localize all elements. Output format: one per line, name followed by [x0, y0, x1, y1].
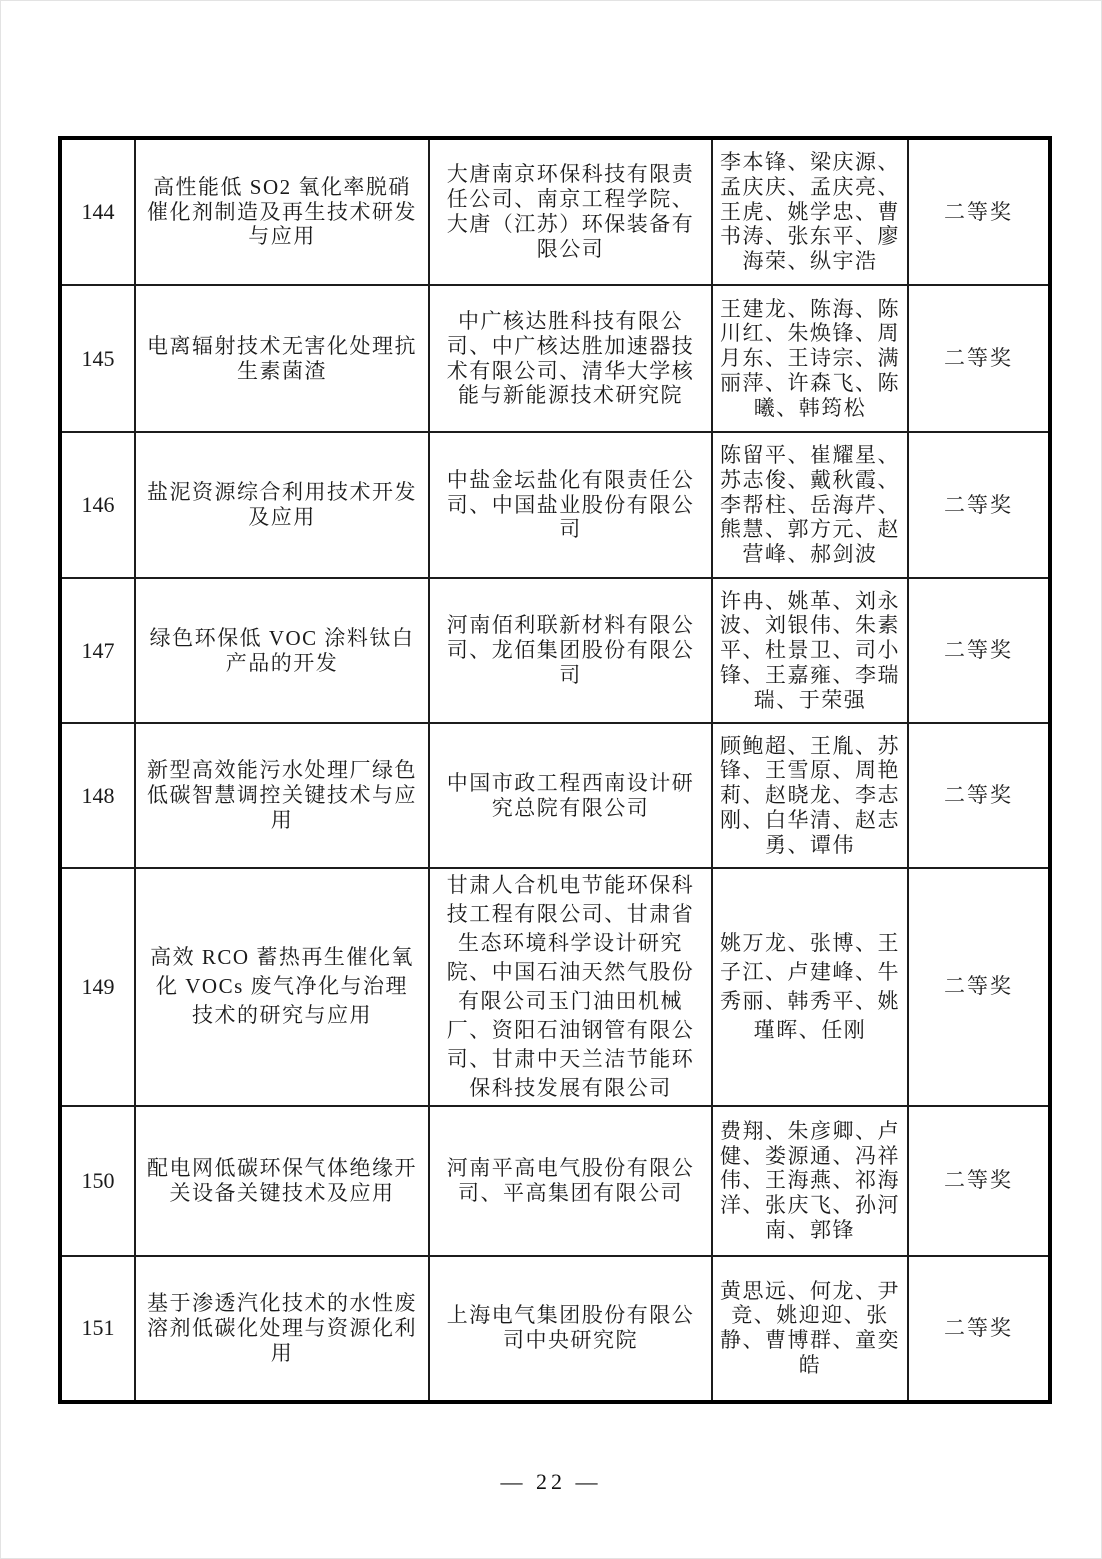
organizations: 中广核达胜科技有限公司、中广核达胜加速器技术有限公司、清华大学核能与新能源技术研…: [429, 285, 712, 432]
awardees: 李本锋、梁庆源、孟庆庆、孟庆亮、王虎、姚学忠、曹书涛、张东平、廖海荣、纵宇浩: [712, 138, 908, 285]
document-page: 144 高性能低 SO2 氧化率脱硝催化剂制造及再生技术研发与应用 大唐南京环保…: [0, 0, 1102, 1559]
row-number: 147: [60, 578, 135, 723]
table-row: 146 盐泥资源综合利用技术开发及应用 中盐金坛盐化有限责任公司、中国盐业股份有…: [60, 432, 1050, 578]
project-name: 高性能低 SO2 氧化率脱硝催化剂制造及再生技术研发与应用: [135, 138, 429, 285]
awardees: 费翔、朱彦卿、卢健、娄源通、冯祥伟、王海燕、祁海洋、张庆飞、孙河南、郭锋: [712, 1106, 908, 1256]
row-number: 145: [60, 285, 135, 432]
project-name: 绿色环保低 VOC 涂料钛白产品的开发: [135, 578, 429, 723]
project-name: 基于渗透汽化技术的水性废溶剂低碳化处理与资源化利用: [135, 1256, 429, 1402]
organizations: 大唐南京环保科技有限责任公司、南京工程学院、大唐（江苏）环保装备有限公司: [429, 138, 712, 285]
awardees: 黄思远、何龙、尹竞、姚迎迎、张静、曹博群、童奕皓: [712, 1256, 908, 1402]
awards-table: 144 高性能低 SO2 氧化率脱硝催化剂制造及再生技术研发与应用 大唐南京环保…: [58, 136, 1052, 1404]
row-number: 148: [60, 723, 135, 868]
project-name: 配电网低碳环保气体绝缘开关设备关键技术及应用: [135, 1106, 429, 1256]
organizations: 甘肃人合机电节能环保科技工程有限公司、甘肃省生态环境科学设计研究院、中国石油天然…: [429, 868, 712, 1106]
project-name: 新型高效能污水处理厂绿色低碳智慧调控关键技术与应用: [135, 723, 429, 868]
table-row: 145 电离辐射技术无害化处理抗生素菌渣 中广核达胜科技有限公司、中广核达胜加速…: [60, 285, 1050, 432]
organizations: 中盐金坛盐化有限责任公司、中国盐业股份有限公司: [429, 432, 712, 578]
organizations: 河南佰利联新材料有限公司、龙佰集团股份有限公司: [429, 578, 712, 723]
award-grade: 二等奖: [908, 138, 1050, 285]
award-grade: 二等奖: [908, 868, 1050, 1106]
table-row: 149 高效 RCO 蓄热再生催化氧化 VOCs 废气净化与治理技术的研究与应用…: [60, 868, 1050, 1106]
organizations: 上海电气集团股份有限公司中央研究院: [429, 1256, 712, 1402]
row-number: 151: [60, 1256, 135, 1402]
row-number: 146: [60, 432, 135, 578]
table-row: 144 高性能低 SO2 氧化率脱硝催化剂制造及再生技术研发与应用 大唐南京环保…: [60, 138, 1050, 285]
award-grade: 二等奖: [908, 285, 1050, 432]
row-number: 144: [60, 138, 135, 285]
project-name: 高效 RCO 蓄热再生催化氧化 VOCs 废气净化与治理技术的研究与应用: [135, 868, 429, 1106]
page-number: — 22 —: [1, 1469, 1101, 1495]
awardees: 王建龙、陈海、陈川红、朱焕锋、周月东、王诗宗、满丽萍、许森飞、陈曦、韩筠松: [712, 285, 908, 432]
row-number: 150: [60, 1106, 135, 1256]
award-grade: 二等奖: [908, 1256, 1050, 1402]
project-name: 电离辐射技术无害化处理抗生素菌渣: [135, 285, 429, 432]
awardees: 许冉、姚革、刘永波、刘银伟、朱素平、杜景卫、司小锋、王嘉雍、李瑞瑞、于荣强: [712, 578, 908, 723]
organizations: 中国市政工程西南设计研究总院有限公司: [429, 723, 712, 868]
table-row: 147 绿色环保低 VOC 涂料钛白产品的开发 河南佰利联新材料有限公司、龙佰集…: [60, 578, 1050, 723]
table-row: 151 基于渗透汽化技术的水性废溶剂低碳化处理与资源化利用 上海电气集团股份有限…: [60, 1256, 1050, 1402]
awardees: 陈留平、崔耀星、苏志俊、戴秋霞、李帮柱、岳海芹、熊慧、郭方元、赵营峰、郝剑波: [712, 432, 908, 578]
project-name: 盐泥资源综合利用技术开发及应用: [135, 432, 429, 578]
awardees: 顾鲍超、王胤、苏锋、王雪原、周艳莉、赵晓龙、李志刚、白华清、赵志勇、谭伟: [712, 723, 908, 868]
award-grade: 二等奖: [908, 723, 1050, 868]
table-row: 148 新型高效能污水处理厂绿色低碳智慧调控关键技术与应用 中国市政工程西南设计…: [60, 723, 1050, 868]
award-grade: 二等奖: [908, 1106, 1050, 1256]
award-grade: 二等奖: [908, 578, 1050, 723]
awardees: 姚万龙、张博、王子江、卢建峰、牛秀丽、韩秀平、姚瑾晖、任刚: [712, 868, 908, 1106]
row-number: 149: [60, 868, 135, 1106]
organizations: 河南平高电气股份有限公司、平高集团有限公司: [429, 1106, 712, 1256]
award-grade: 二等奖: [908, 432, 1050, 578]
table-row: 150 配电网低碳环保气体绝缘开关设备关键技术及应用 河南平高电气股份有限公司、…: [60, 1106, 1050, 1256]
